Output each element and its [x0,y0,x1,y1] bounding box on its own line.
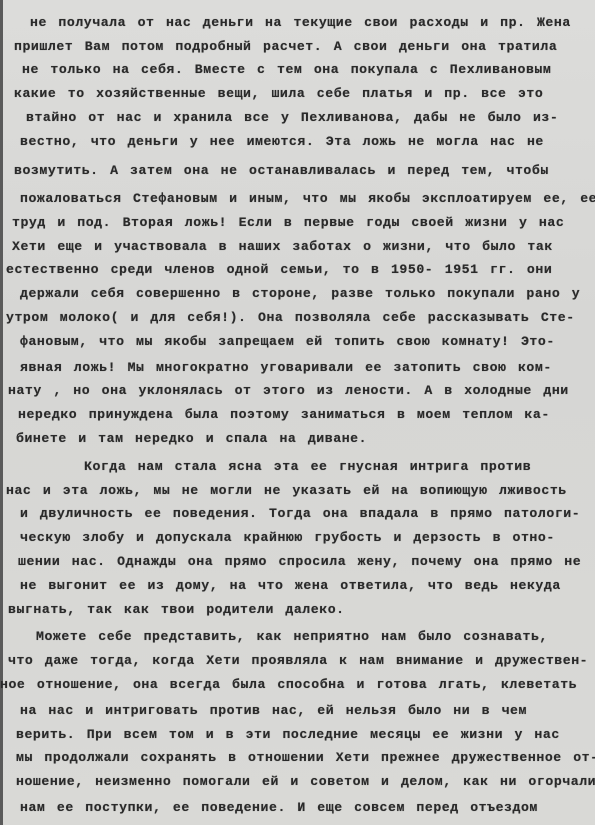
text-line: возмутить. А затем она не останавливалас… [14,163,549,178]
text-line: ношение, неизменно помогали ей и советом… [16,774,595,789]
text-line: не только на себя. Вместе с тем она поку… [22,62,551,77]
document-page: не получала от нас деньги на текущие сво… [0,0,595,825]
text-line: верить. При всем том и в эти последние м… [16,727,560,742]
text-line: фановым, что мы якобы запрещаем ей топит… [20,334,555,349]
text-line: пришлет Вам потом подробный расчет. А св… [14,39,557,54]
text-line: Хети еще и участвовала в наших заботах о… [12,239,553,254]
text-line: Можете себе представить, как неприятно н… [36,629,548,644]
text-line: не выгонит ее из дому, на что жена ответ… [20,578,561,593]
text-line: какие то хозяйственные вещи, шила себе п… [14,86,543,101]
text-line: естественно среди членов одной семьи, то… [6,262,552,277]
text-line: бинете и там нередко и спала на диване. [16,431,367,446]
text-line: труд и под. Вторая ложь! Если в первые г… [12,215,564,230]
text-line: держали себя совершенно в стороне, разве… [20,286,580,301]
text-line: выгнать, так как твои родители далеко. [8,602,345,617]
text-line: на нас и интриговать против нас, ей нель… [20,703,527,718]
text-line: ческую злобу и допускала крайнюю грубост… [20,530,555,545]
text-line: и двуличность ее поведения. Тогда она вп… [20,506,580,521]
text-line: шении нас. Однажды она прямо спросила же… [18,554,581,569]
typewritten-text: не получала от нас деньги на текущие сво… [0,0,595,825]
text-line: утром молоко( и для себя!). Она позволял… [6,310,575,325]
text-line: вестно, что деньги у нее имеются. Эта ло… [20,134,544,149]
text-line: Когда нам стала ясна эта ее гнусная интр… [84,459,531,474]
text-line: нам ее поступки, ее поведение. И еще сов… [20,800,538,815]
text-line: пожаловаться Стефановым и иным, что мы я… [20,191,595,206]
text-line: нередко принуждена была поэтому занимать… [18,407,550,422]
text-line: явная ложь! Мы многократно уговаривали е… [20,360,552,375]
text-line: нату , но она уклонялась от этого из лен… [8,383,569,398]
text-line: ное отношение, она всегда была способна … [0,677,577,692]
text-line: мы продолжали сохранять в отношении Хети… [16,750,595,765]
text-line: что даже тогда, когда Хети проявляла к н… [8,653,588,668]
text-line: нас и эта ложь, мы не могли не указать е… [6,483,567,498]
text-line: не получала от нас деньги на текущие сво… [30,15,571,30]
text-line: втайно от нас и хранила все у Пехливанов… [26,110,558,125]
